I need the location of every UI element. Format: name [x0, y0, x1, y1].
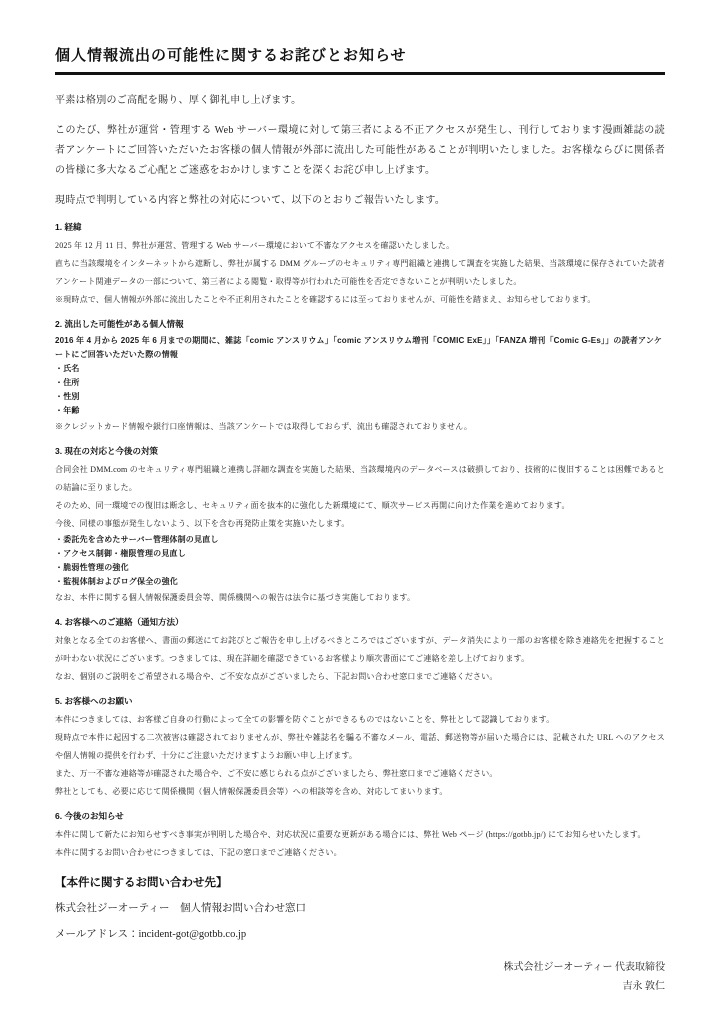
section-1-line-2: 直ちに当該環境をインターネットから遮断し、弊社が属する DMM グループのセキュ… [55, 255, 665, 291]
section-3-line-7: ・監視体制およびログ保全の強化 [55, 575, 665, 589]
section-5-line-1: 本件につきましては、お客様ご自身の行動によって全ての影響を防ぐことができるもので… [55, 711, 665, 729]
section-3-heading: 3. 現在の対応と今後の対策 [55, 445, 665, 458]
contact-email-address: メールアドレス：incident-got@gotbb.co.jp [55, 922, 665, 948]
intro-paragraph-incident-summary: このたび、弊社が運営・管理する Web サーバー環境に対して第三者による不正アク… [55, 121, 665, 181]
section-3-line-6: ・脆弱性管理の強化 [55, 561, 665, 575]
section-2-line-6: ※クレジットカード情報や銀行口座情報は、当該アンケートでは取得しておらず、流出も… [55, 418, 665, 436]
section-3-line-3: 今後、同様の事態が発生しないよう、以下を含む再発防止策を実施いたします。 [55, 515, 665, 533]
document-page: 個人情報流出の可能性に関するお詫びとお知らせ 平素は格別のご高配を賜り、厚く御礼… [0, 0, 720, 1017]
section-2-line-1: 2016 年 4 月から 2025 年 6 月までの期間に、雑誌「comic ア… [55, 334, 665, 362]
section-5-line-3: また、万一不審な連絡等が確認された場合や、ご不安に感じられる点がございましたら、… [55, 765, 665, 783]
intro-paragraph-greeting: 平素は格別のご高配を賜り、厚く御礼申し上げます。 [55, 91, 665, 111]
section-3-line-8: なお、本件に関する個人情報保護委員会等、関係機関への報告は法令に基づき実施してお… [55, 589, 665, 607]
section-4: 4. お客様へのご連絡（通知方法）対象となる全てのお客様へ、書面の郵送にてお詫び… [55, 616, 665, 686]
section-3-line-4: ・委託先を含めたサーバー管理体制の見直し [55, 533, 665, 547]
section-6-line-2: 本件に関するお問い合わせにつきましては、下記の窓口までご連絡ください。 [55, 844, 665, 862]
intro-paragraph-report-lead: 現時点で判明している内容と弊社の対応について、以下のとおりご報告いたします。 [55, 191, 665, 211]
section-4-line-1: 対象となる全てのお客様へ、書面の郵送にてお詫びとご報告を申し上げるべきところでは… [55, 632, 665, 668]
section-5-line-4: 弊社としても、必要に応じて関係機関（個人情報保護委員会等）への相談等を含め、対応… [55, 783, 665, 801]
section-6-heading: 6. 今後のお知らせ [55, 810, 665, 823]
section-2-line-3: ・住所 [55, 376, 665, 390]
section-2-line-4: ・性別 [55, 390, 665, 404]
section-5: 5. お客様へのお願い本件につきましては、お客様ご自身の行動によって全ての影響を… [55, 695, 665, 801]
section-5-heading: 5. お客様へのお願い [55, 695, 665, 708]
section-4-heading: 4. お客様へのご連絡（通知方法） [55, 616, 665, 629]
contact-block: 【本件に関するお問い合わせ先】 株式会社ジーオーティー 個人情報お問い合わせ窓口… [55, 875, 665, 948]
signature-company-role: 株式会社ジーオーティー 代表取締役 [55, 958, 665, 977]
section-2-heading: 2. 流出した可能性がある個人情報 [55, 318, 665, 331]
section-3: 3. 現在の対応と今後の対策合同会社 DMM.com のセキュリティ専門組織と連… [55, 445, 665, 607]
contact-window-name: 株式会社ジーオーティー 個人情報お問い合わせ窓口 [55, 896, 665, 922]
section-1-heading: 1. 経緯 [55, 221, 665, 234]
signature-block: 株式会社ジーオーティー 代表取締役 吉永 敦仁 [55, 958, 665, 996]
section-3-line-2: そのため、同一環境での復旧は断念し、セキュリティ面を抜本的に強化した新環境にて、… [55, 497, 665, 515]
section-5-line-2: 現時点で本件に起因する二次被害は確認されておりませんが、弊社や雑誌名を騙る不審な… [55, 729, 665, 765]
section-2-line-5: ・年齢 [55, 404, 665, 418]
section-1-line-3: ※現時点で、個人情報が外部に流出したことや不正利用されたことを確認するには至って… [55, 291, 665, 309]
intro-paragraphs: 平素は格別のご高配を賜り、厚く御礼申し上げます。 このたび、弊社が運営・管理する… [55, 91, 665, 211]
document-title: 個人情報流出の可能性に関するお詫びとお知らせ [55, 46, 665, 75]
section-1: 1. 経緯2025 年 12 月 11 日、弊社が運営、管理する Web サーバ… [55, 221, 665, 309]
section-6-line-1: 本件に関して新たにお知らせすべき事実が判明した場合や、対応状況に重要な更新がある… [55, 826, 665, 844]
section-6: 6. 今後のお知らせ本件に関して新たにお知らせすべき事実が判明した場合や、対応状… [55, 810, 665, 862]
section-3-line-5: ・アクセス制御・権限管理の見直し [55, 547, 665, 561]
section-3-line-1: 合同会社 DMM.com のセキュリティ専門組織と連携し詳細な調査を実施した結果… [55, 461, 665, 497]
signature-person-name: 吉永 敦仁 [55, 977, 665, 996]
contact-heading: 【本件に関するお問い合わせ先】 [55, 875, 665, 892]
section-4-line-2: なお、個別のご説明をご希望される場合や、ご不安な点がございましたら、下記お問い合… [55, 668, 665, 686]
section-2: 2. 流出した可能性がある個人情報2016 年 4 月から 2025 年 6 月… [55, 318, 665, 436]
numbered-sections: 1. 経緯2025 年 12 月 11 日、弊社が運営、管理する Web サーバ… [55, 221, 665, 862]
section-2-line-2: ・氏名 [55, 362, 665, 376]
section-1-line-1: 2025 年 12 月 11 日、弊社が運営、管理する Web サーバー環境にお… [55, 237, 665, 255]
